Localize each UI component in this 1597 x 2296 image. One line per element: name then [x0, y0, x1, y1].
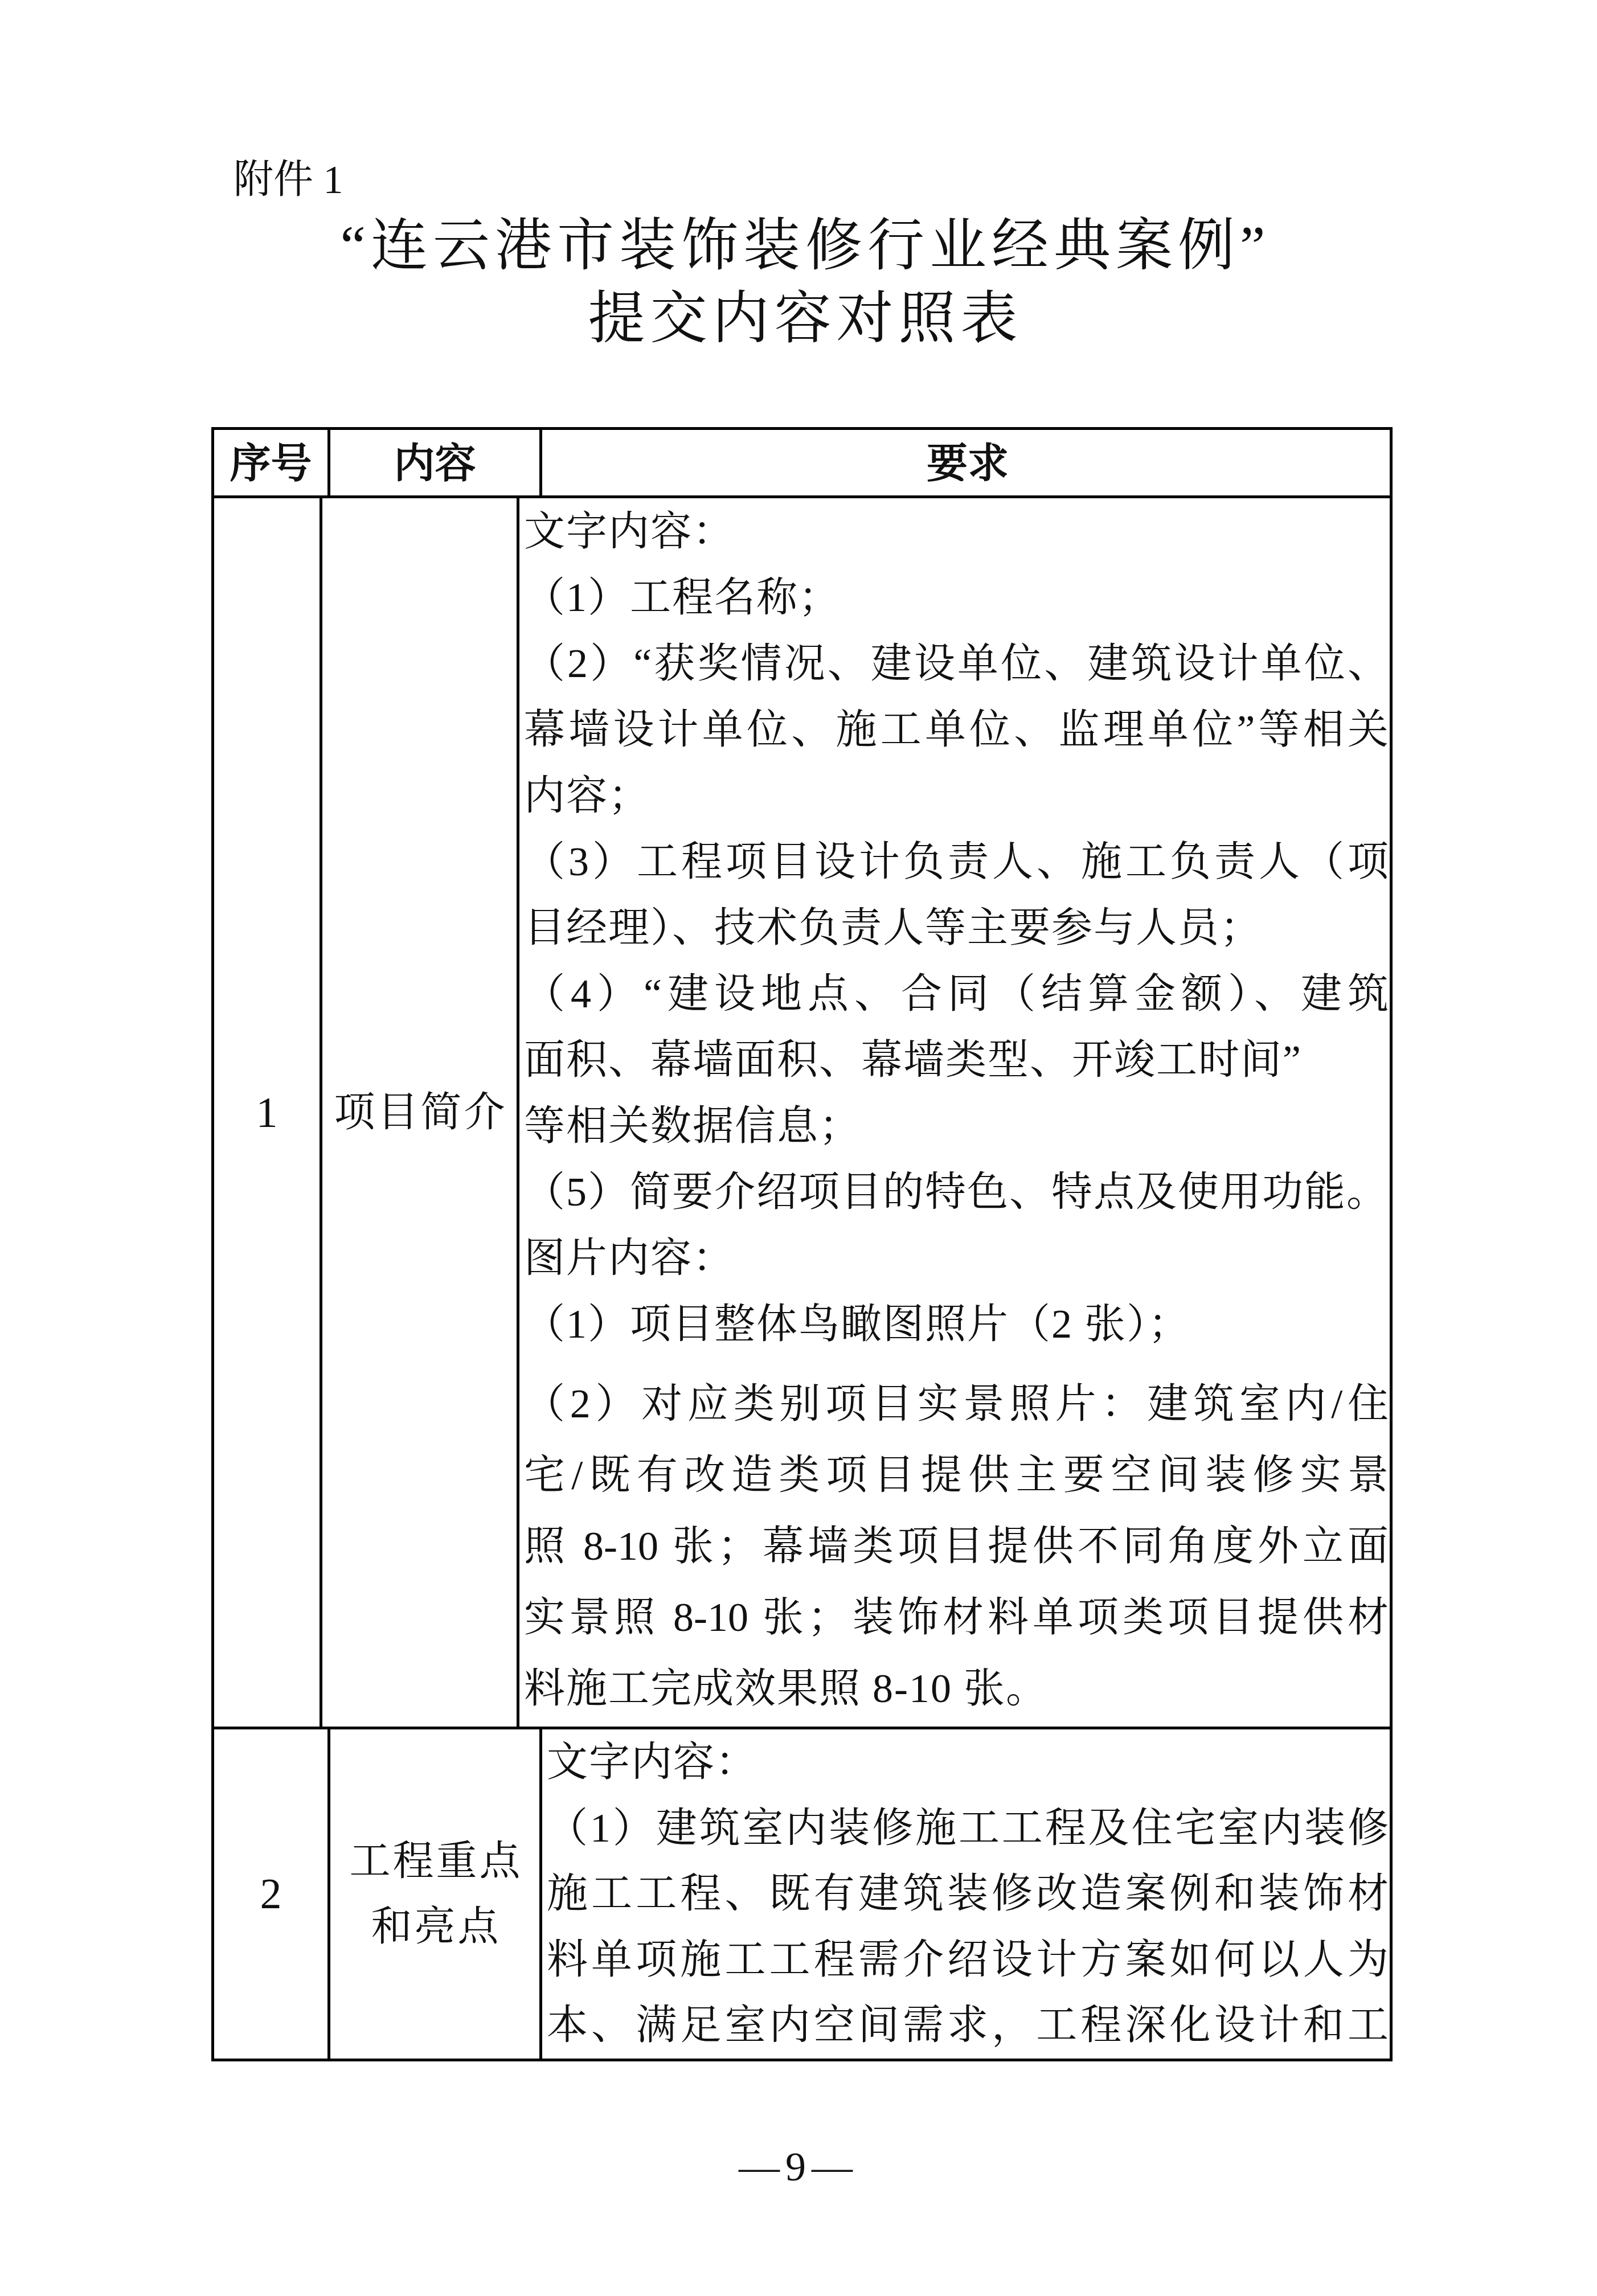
row-content-cell: 工程重点 和亮点 — [330, 1729, 542, 2059]
requirement-line: 等相关数据信息； — [524, 1093, 1389, 1159]
row-requirements-cell: 文字内容： （1）工程名称； （2）“获奖情况、建设单位、建筑设计单位、 幕墙设… — [519, 498, 1390, 1727]
requirements-block: 文字内容： （1）工程名称； （2）“获奖情况、建设单位、建筑设计单位、 幕墙设… — [524, 498, 1389, 1357]
row-content-cell: 项目简介 — [322, 498, 519, 1727]
header-cell-content: 内容 — [330, 430, 542, 495]
requirement-line: 幕墙设计单位、施工单位、监理单位”等相关 — [524, 696, 1389, 762]
table-header-row: 序号 内容 要求 — [214, 430, 1390, 495]
requirement-line: （4）“建设地点、合同（结算金额）、建筑 — [524, 961, 1389, 1027]
requirement-line: （2）“获奖情况、建设单位、建筑设计单位、 — [524, 630, 1389, 696]
header-cell-requirements: 要求 — [542, 430, 1390, 495]
header-content-label: 内容 — [394, 440, 476, 486]
requirement-line: （3）工程项目设计负责人、施工负责人（项 — [524, 829, 1389, 895]
header-index-label: 序号 — [230, 440, 312, 486]
requirement-line: （1）工程名称； — [524, 564, 1389, 630]
title-line-1: “连云港市装饰装修行业经典案例” — [7, 210, 1597, 282]
submission-content-table: 序号 内容 要求 1 项目简介 文字内容： （1）工程名称； （2）“获奖情况、… — [211, 427, 1393, 2061]
requirement-line: 宅/既有改造类项目提供主要空间装修实景 — [524, 1440, 1389, 1511]
requirement-line: （5）简要介绍项目的特色、特点及使用功能。 — [524, 1159, 1389, 1225]
row-index-cell: 1 — [214, 498, 322, 1727]
row-content-label: 项目简介 — [331, 1080, 507, 1145]
title-line-2: 提交内容对照表 — [7, 282, 1597, 355]
requirement-line: （1）项目整体鸟瞰图照片（2 张）； — [524, 1291, 1389, 1357]
document-title: “连云港市装饰装修行业经典案例” 提交内容对照表 — [7, 210, 1597, 355]
row-content-label: 和亮点 — [368, 1894, 501, 1959]
row-index: 2 — [260, 1871, 282, 1917]
table-row: 1 项目简介 文字内容： （1）工程名称； （2）“获奖情况、建设单位、建筑设计… — [214, 495, 1390, 1727]
requirement-line: （1）建筑室内装修施工工程及住宅室内装修 — [547, 1795, 1389, 1862]
text-content-heading: 文字内容： — [524, 498, 1389, 564]
text-content-heading: 文字内容： — [547, 1729, 1389, 1795]
table-row: 2 工程重点 和亮点 文字内容： （1）建筑室内装修施工工程及住宅室内装修 施工… — [214, 1727, 1390, 2059]
header-cell-index: 序号 — [214, 430, 330, 495]
requirement-line: 目经理）、技术负责人等主要参与人员； — [524, 895, 1389, 961]
requirement-line: 照 8-10 张；幕墙类项目提供不同角度外立面 — [524, 1511, 1389, 1582]
requirement-line: 施工工程、既有建筑装修改造案例和装饰材 — [547, 1861, 1389, 1927]
row-requirements-cell: 文字内容： （1）建筑室内装修施工工程及住宅室内装修 施工工程、既有建筑装修改造… — [542, 1729, 1390, 2059]
requirement-line: 本、满足室内空间需求，工程深化设计和工 — [547, 1992, 1389, 2059]
requirement-line: 内容； — [524, 762, 1389, 829]
header-requirements-label: 要求 — [927, 440, 1009, 486]
requirement-line: 料施工完成效果照 8-10 张。 — [524, 1653, 1389, 1724]
requirement-line: 料单项施工工程需介绍设计方案如何以人为 — [547, 1927, 1389, 1993]
requirement-line: 面积、幕墙面积、幕墙类型、开竣工时间” — [524, 1027, 1389, 1093]
row-index-cell: 2 — [214, 1729, 330, 2059]
attachment-label: 附件 1 — [234, 159, 343, 202]
requirement-line: 实景照 8-10 张；装饰材料单项类项目提供材 — [524, 1582, 1389, 1653]
requirements-block: （2）对应类别项目实景照片：建筑室内/住 宅/既有改造类项目提供主要空间装修实景… — [524, 1368, 1389, 1724]
page-number: —9— — [0, 2146, 1597, 2187]
row-content-label: 工程重点 — [347, 1828, 522, 1894]
image-content-heading: 图片内容： — [524, 1225, 1389, 1291]
row-index: 1 — [256, 1090, 277, 1135]
requirement-line: （2）对应类别项目实景照片：建筑室内/住 — [524, 1368, 1389, 1440]
